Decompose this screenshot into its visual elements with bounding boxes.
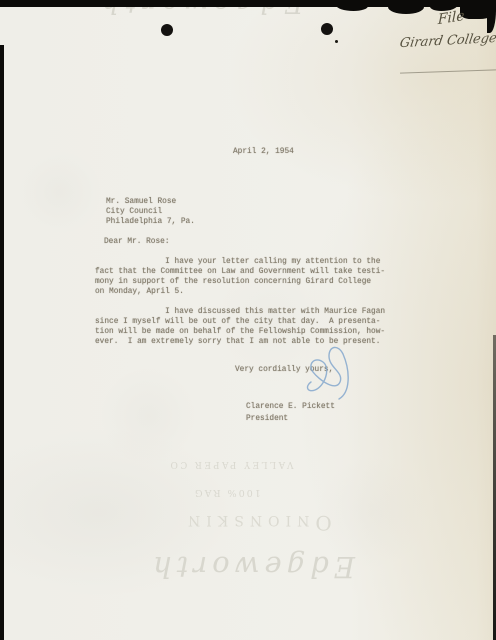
recipient-address: Mr. Samuel Rose City Council Philadelphi… <box>106 197 195 227</box>
ink-speck <box>335 40 338 43</box>
torn-edge-blob <box>336 0 368 11</box>
letter-date: April 2, 1954 <box>233 147 294 157</box>
signer-title: President <box>246 414 288 424</box>
scanned-letter-page: Edgeworth VALLEY PAPER CO 100% RAG Onion… <box>0 0 496 640</box>
watermark-script: Edgeworth <box>148 550 355 584</box>
body-paragraph-1: I have your letter calling my attention … <box>95 257 385 297</box>
pencil-underline <box>400 69 496 73</box>
handwritten-file-note: File <box>438 8 465 28</box>
torn-edge-blob <box>388 0 424 14</box>
punch-hole-right <box>321 23 333 35</box>
watermark-rag-line: 100% RAG <box>193 487 261 498</box>
salutation: Dear Mr. Rose: <box>104 237 170 247</box>
torn-edge-blob <box>487 0 496 33</box>
punch-hole-left <box>161 24 173 36</box>
body-paragraph-2: I have discussed this matter with Mauric… <box>95 307 385 347</box>
watermark-maker-line: VALLEY PAPER CO <box>168 459 293 469</box>
watermark-brand: Onionskin <box>182 511 332 535</box>
scan-edge-left <box>0 45 4 640</box>
handwritten-girard-note: Girard College <box>399 31 496 51</box>
signature-scribble <box>299 342 357 404</box>
